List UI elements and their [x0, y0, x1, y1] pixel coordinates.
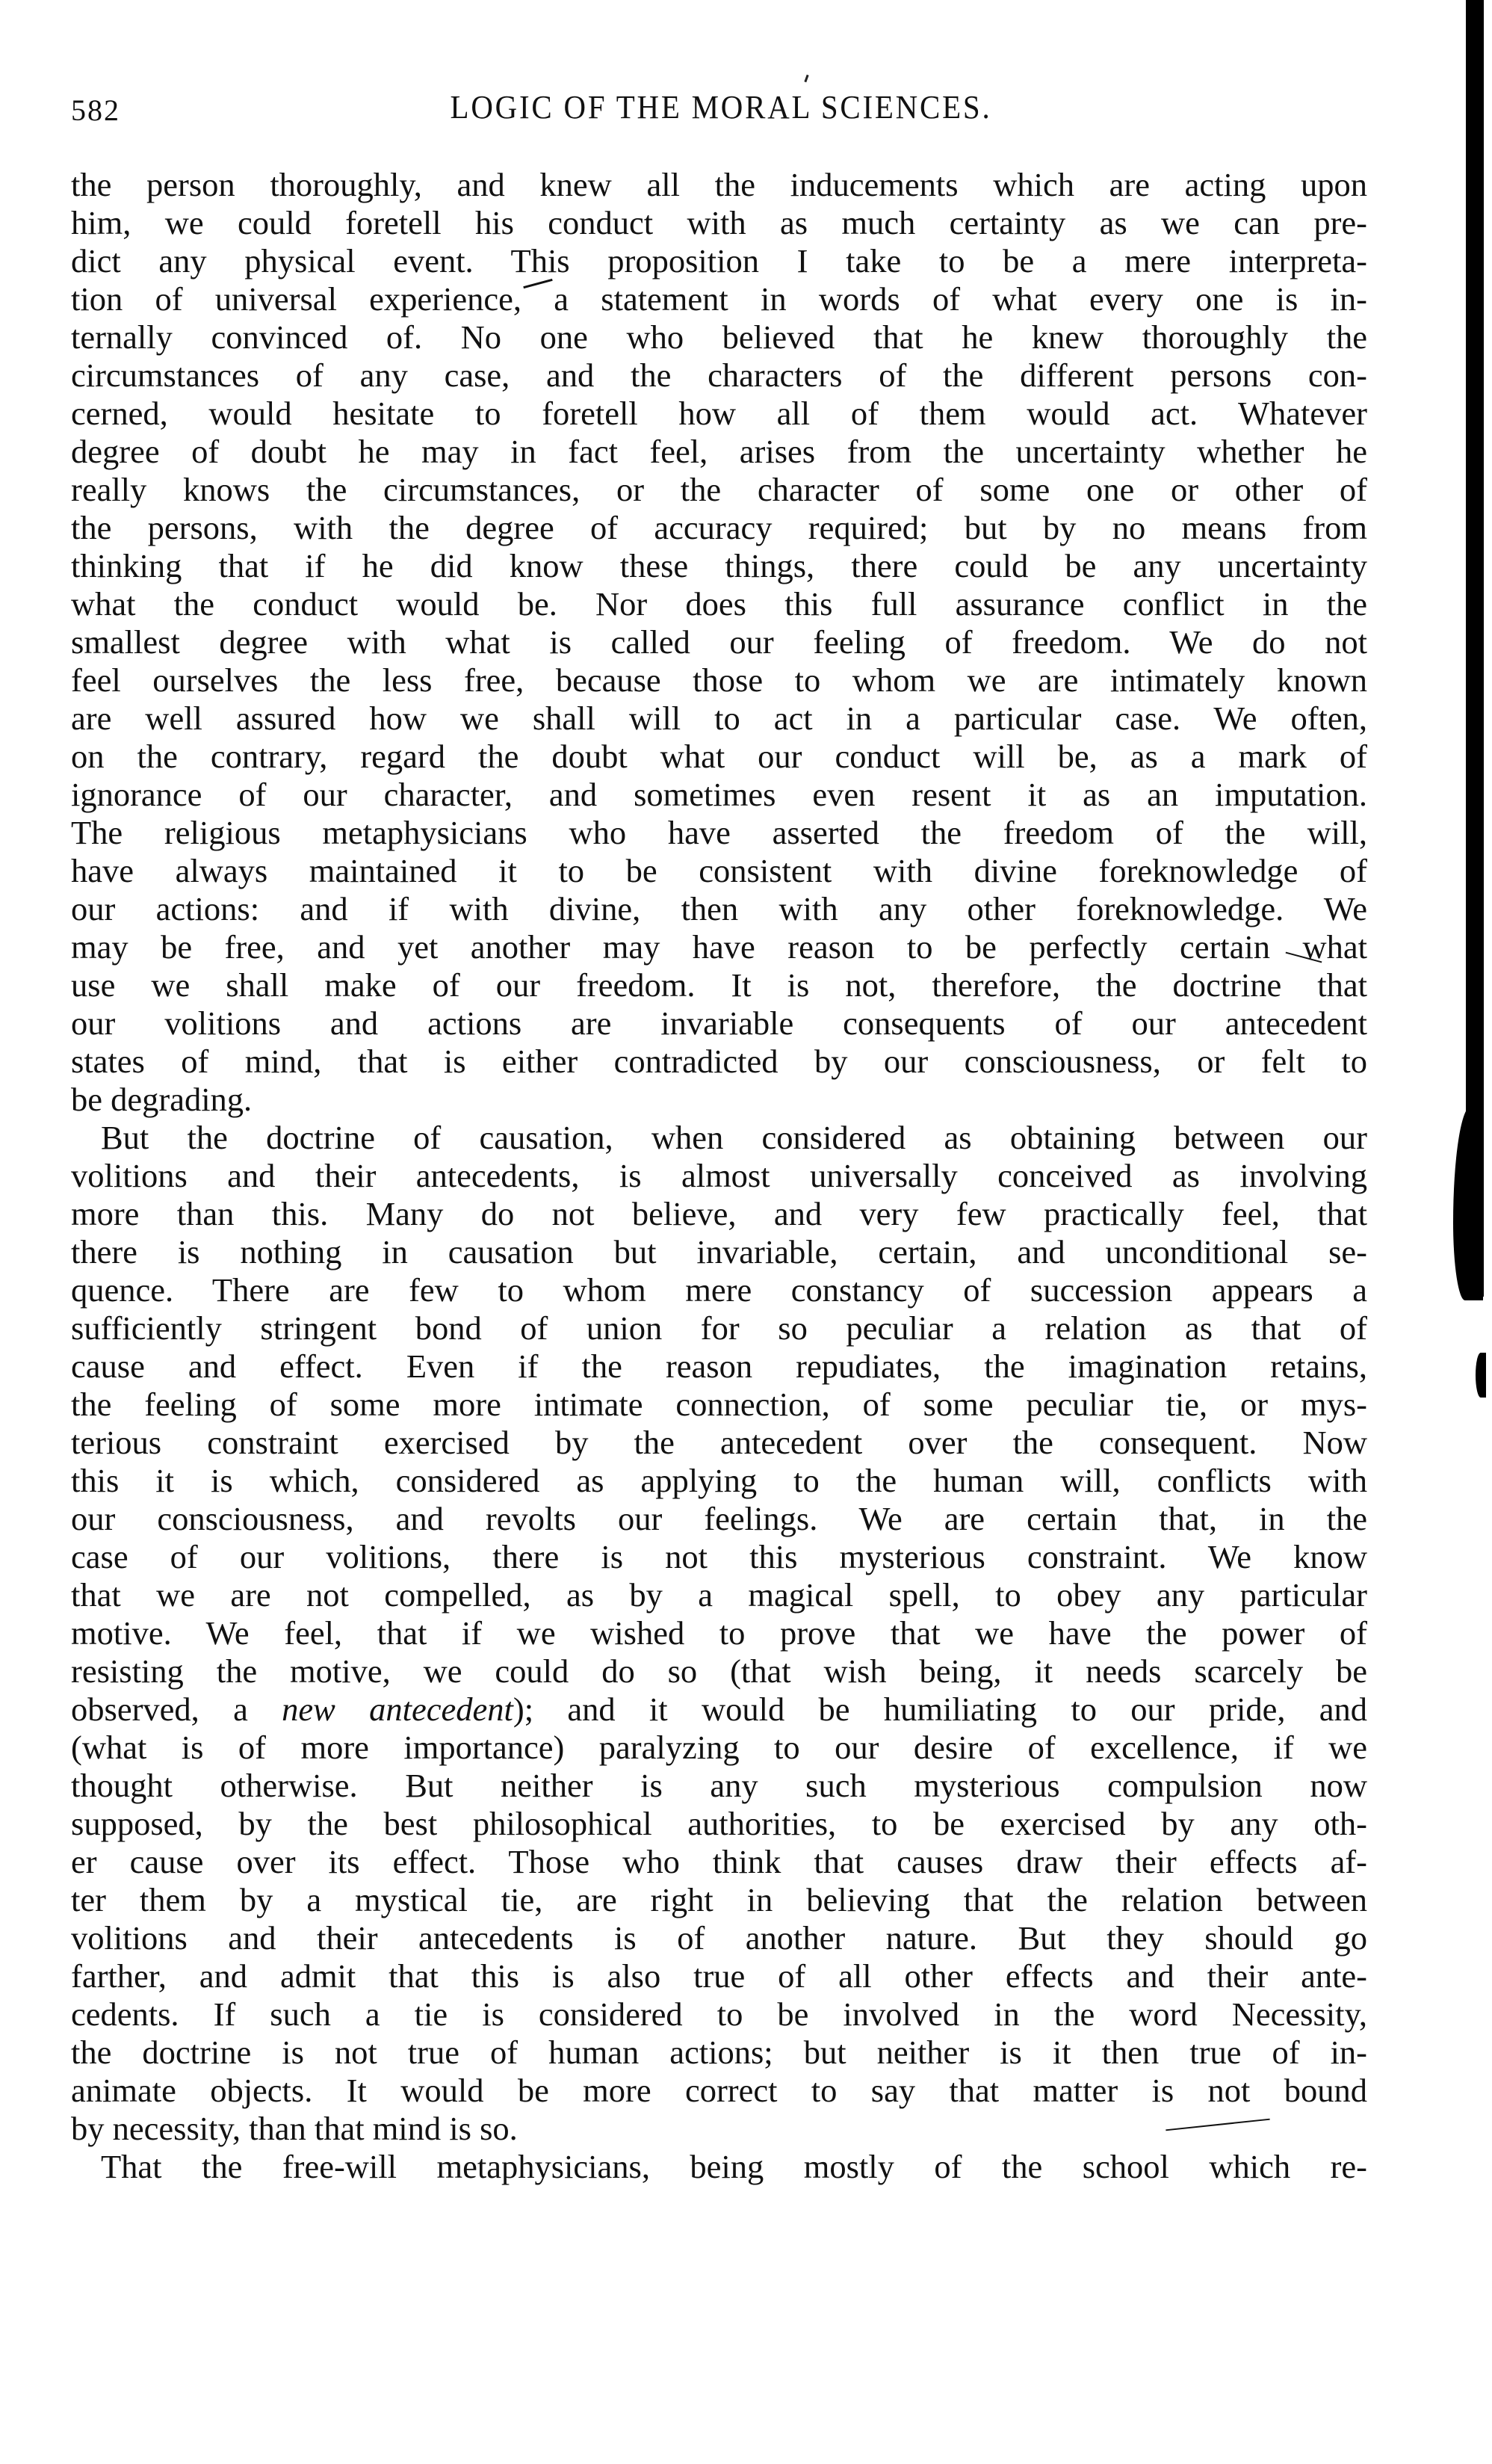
text-line: more than this. Many do not believe, and… [71, 1195, 1367, 1233]
text-segment: observed, a [71, 1690, 282, 1728]
scan-edge-shadow [1453, 1106, 1483, 1300]
scan-edge-shadow [1476, 1353, 1486, 1398]
text-line: dict any physical event. This propositio… [71, 242, 1367, 280]
text-line-with-italic: observed, a new antecedent); and it woul… [71, 1690, 1367, 1729]
text-segment: ); and it would be humiliating to our pr… [513, 1690, 1367, 1728]
text-line: the feeling of some more intimate connec… [71, 1386, 1367, 1424]
text-line: him, we could foretell his conduct with … [71, 204, 1367, 242]
text-line: really knows the circumstances, or the c… [71, 471, 1367, 509]
text-line: may be free, and yet another may have re… [71, 928, 1367, 966]
scan-edge-shadow [1466, 0, 1484, 1297]
text-line: sufficiently stringent bond of union for… [71, 1309, 1367, 1347]
text-line: case of our volitions, there is not this… [71, 1538, 1367, 1576]
text-line: That the free-will metaphysicians, being… [71, 2148, 1367, 2186]
running-header: 582 LOGIC OF THE MORAL SCIENCES. [71, 88, 1371, 133]
text-line: states of mind, that is either contradic… [71, 1043, 1367, 1081]
text-line: er cause over its effect. Those who thin… [71, 1843, 1367, 1881]
text-line: our consciousness, and revolts our feeli… [71, 1500, 1367, 1538]
text-line: our volitions and actions are invariable… [71, 1004, 1367, 1043]
text-line: are well assured how we shall will to ac… [71, 700, 1367, 738]
text-line: what the conduct would be. Nor does this… [71, 585, 1367, 623]
text-line: the persons, with the degree of accuracy… [71, 509, 1367, 547]
italic-phrase: new antecedent [282, 1690, 513, 1728]
text-line: terious constraint exercised by the ante… [71, 1424, 1367, 1462]
text-line: motive. We feel, that if we wished to pr… [71, 1614, 1367, 1652]
text-line: ter them by a mystical tie, are right in… [71, 1881, 1367, 1919]
text-line: quence. There are few to whom mere const… [71, 1271, 1367, 1309]
text-line: tion of universal experience, a statemen… [71, 280, 1367, 318]
text-line: circumstances of any case, and the chara… [71, 356, 1367, 395]
text-line: (what is of more importance) paralyzing … [71, 1729, 1367, 1767]
body-text: the person thoroughly, and knew all the … [71, 166, 1367, 2186]
text-line: the doctrine is not true of human action… [71, 2034, 1367, 2072]
book-page: 582 LOGIC OF THE MORAL SCIENCES. the per… [0, 0, 1492, 2464]
text-line: that we are not compelled, as by a magic… [71, 1576, 1367, 1614]
text-line: thought otherwise. But neither is any su… [71, 1767, 1367, 1805]
text-line: But the doctrine of causation, when cons… [71, 1119, 1367, 1157]
text-line: supposed, by the best philosophical auth… [71, 1805, 1367, 1843]
stray-mark [804, 75, 808, 82]
text-line: cause and effect. Even if the reason rep… [71, 1347, 1367, 1386]
text-line: animate objects. It would be more correc… [71, 2072, 1367, 2110]
text-line: use we shall make of our freedom. It is … [71, 966, 1367, 1004]
text-line: feel ourselves the less free, because th… [71, 661, 1367, 700]
running-title: LOGIC OF THE MORAL SCIENCES. [117, 88, 1325, 126]
text-line: our actions: and if with divine, then wi… [71, 890, 1367, 928]
text-line: volitions and their antecedents is of an… [71, 1919, 1367, 1957]
text-line: there is nothing in causation but invari… [71, 1233, 1367, 1271]
page-number: 582 [71, 93, 120, 128]
text-line: the person thoroughly, and knew all the … [71, 166, 1367, 204]
text-line: have always maintained it to be consiste… [71, 852, 1367, 890]
text-line: be degrading. [71, 1081, 1367, 1119]
text-line: thinking that if he did know these thing… [71, 547, 1367, 585]
text-line: this it is which, considered as applying… [71, 1462, 1367, 1500]
text-line: cerned, would hesitate to foretell how a… [71, 395, 1367, 433]
text-line: degree of doubt he may in fact feel, ari… [71, 433, 1367, 471]
text-line: on the contrary, regard the doubt what o… [71, 738, 1367, 776]
text-line: ignorance of our character, and sometime… [71, 776, 1367, 814]
text-line: ternally convinced of. No one who believ… [71, 318, 1367, 356]
text-line: smallest degree with what is called our … [71, 623, 1367, 661]
text-line: farther, and admit that this is also tru… [71, 1957, 1367, 1995]
text-line: resisting the motive, we could do so (th… [71, 1652, 1367, 1690]
text-line: The religious metaphysicians who have as… [71, 814, 1367, 852]
text-line: volitions and their antecedents, is almo… [71, 1157, 1367, 1195]
text-line: cedents. If such a tie is considered to … [71, 1995, 1367, 2034]
